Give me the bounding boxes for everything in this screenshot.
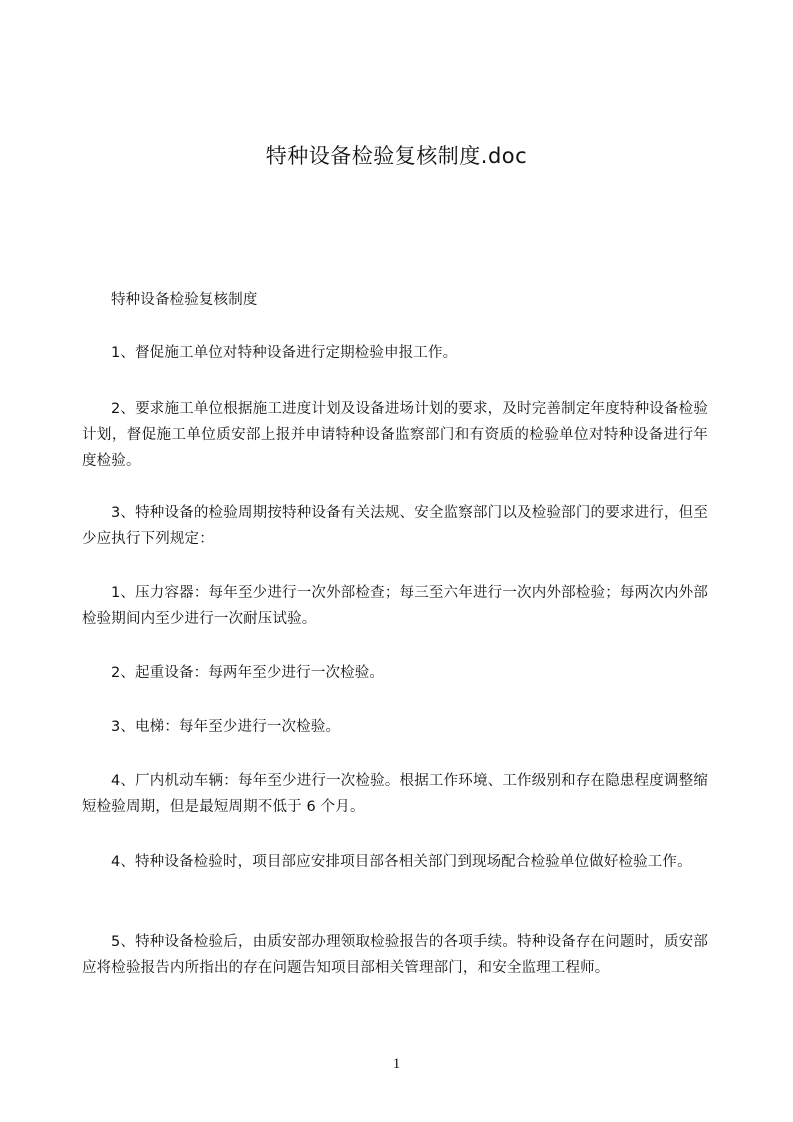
- paragraph: 1、压力容器：每年至少进行一次外部检查；每三至六年进行一次内外部检验；每两次内外…: [82, 580, 708, 632]
- paragraph: 4、特种设备检验时，项目部应安排项目部各相关部门到现场配合检验单位做好检验工作。: [82, 849, 708, 875]
- paragraph: 2、起重设备：每两年至少进行一次检验。: [82, 660, 708, 686]
- paragraph: 3、特种设备的检验周期按特种设备有关法规、安全监察部门以及检验部门的要求进行，但…: [82, 500, 708, 552]
- paragraph: 5、特种设备检验后，由质安部办理领取检验报告的各项手续。特种设备存在问题时，质安…: [82, 929, 708, 981]
- document-page: 特种设备检验复核制度.doc 特种设备检验复核制度 1、督促施工单位对特种设备进…: [0, 0, 793, 1122]
- page-number: 1: [0, 1054, 793, 1074]
- section-heading: 特种设备检验复核制度: [82, 287, 708, 313]
- paragraph: 3、电梯：每年至少进行一次检验。: [82, 714, 708, 740]
- paragraph: 1、督促施工单位对特种设备进行定期检验申报工作。: [82, 340, 708, 366]
- paragraph: 4、厂内机动车辆：每年至少进行一次检验。根据工作环境、工作级别和存在隐患程度调整…: [82, 768, 708, 820]
- paragraph: 2、要求施工单位根据施工进度计划及设备进场计划的要求，及时完善制定年度特种设备检…: [82, 396, 708, 474]
- document-title: 特种设备检验复核制度.doc: [0, 141, 793, 171]
